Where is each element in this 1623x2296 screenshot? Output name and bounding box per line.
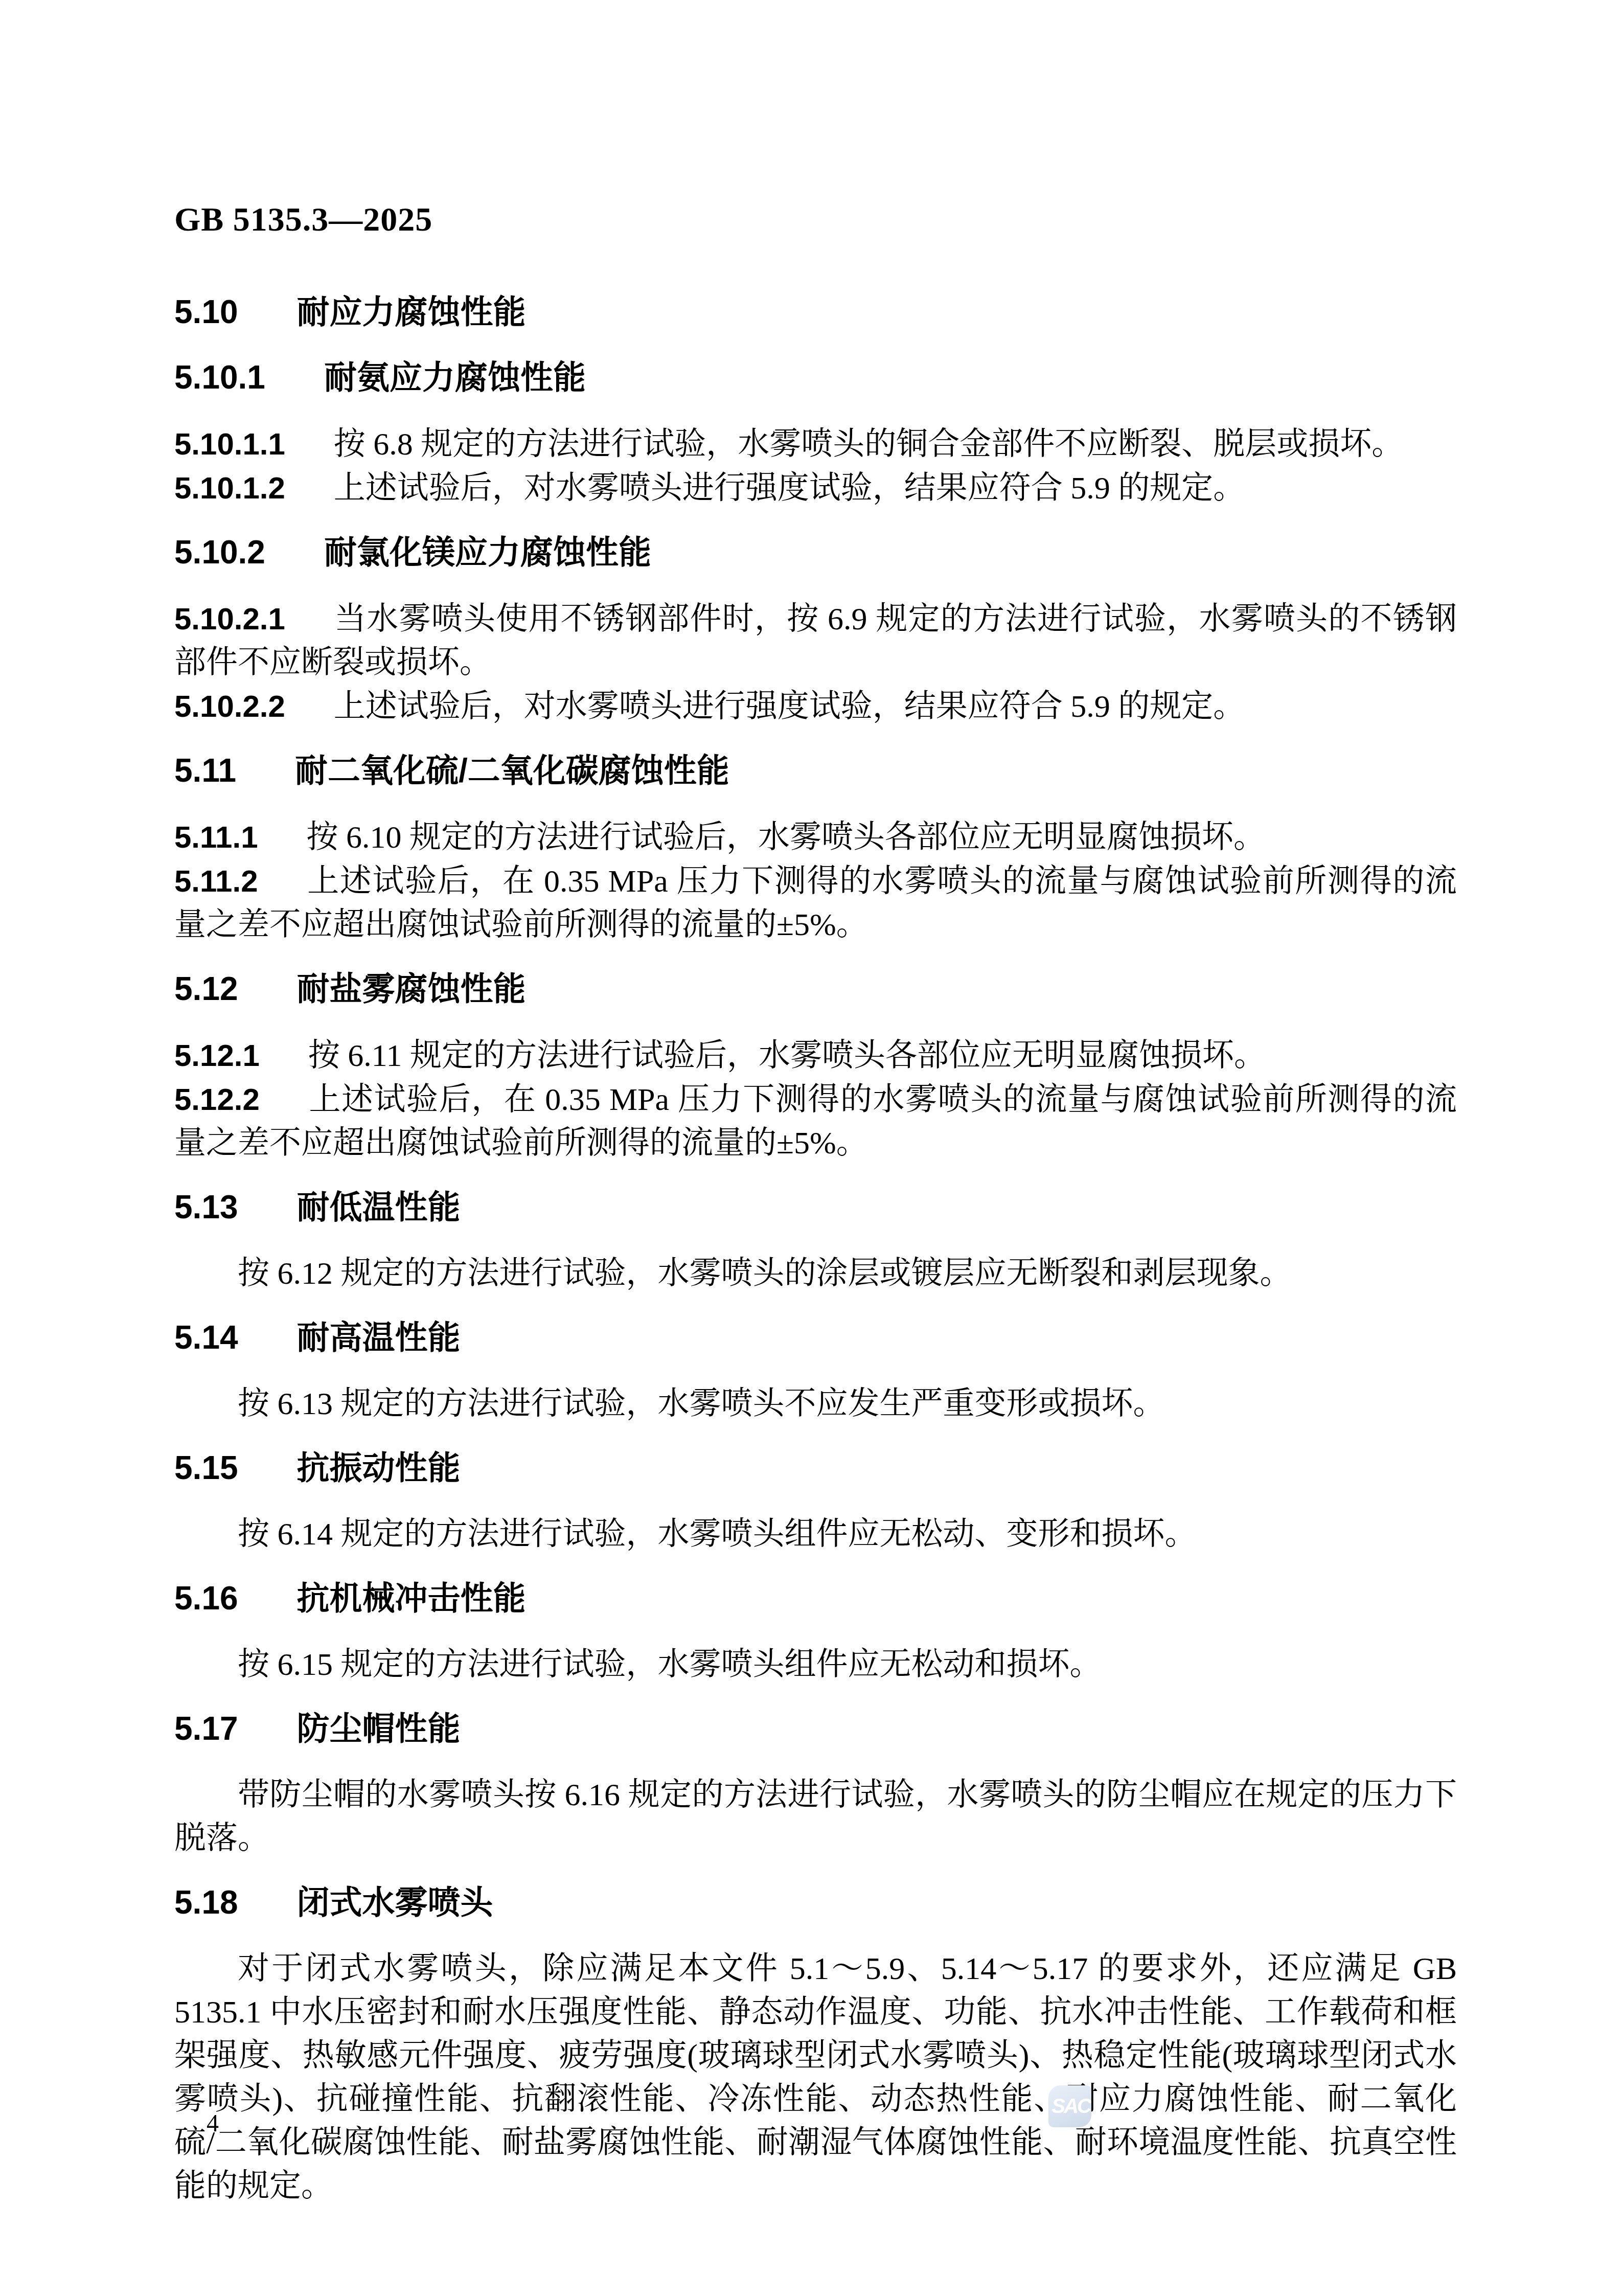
body-paragraph-5-17: 带防尘帽的水雾喷头按 6.16 规定的方法进行试验，水雾喷头的防尘帽应在规定的压… [174, 1774, 1457, 1860]
section-heading-5-16: 5.16抗机械冲击性能 [174, 1578, 1457, 1619]
clause-number: 5.10.1.1 [174, 427, 285, 461]
clause-text: 当水雾喷头使用不锈钢部件时，按 6.9 规定的方法进行试验，水雾喷头的不锈钢部件… [174, 602, 1457, 680]
page-content: GB 5135.3—2025 5.10耐应力腐蚀性能 5.10.1耐氨应力腐蚀性… [0, 0, 1623, 2208]
clause-number: 5.11.2 [174, 864, 258, 898]
section-number: 5.14 [174, 1319, 238, 1356]
clause-text: 按 6.11 规定的方法进行试验后，水雾喷头各部位应无明显腐蚀损坏。 [308, 1038, 1266, 1073]
clause-5-10-2-1: 5.10.2.1当水雾喷头使用不锈钢部件时，按 6.9 规定的方法进行试验，水雾… [174, 597, 1457, 685]
page-number: 4 [207, 2110, 219, 2137]
clause-5-12-2: 5.12.2上述试验后，在 0.35 MPa 压力下测得的水雾喷头的流量与腐蚀试… [174, 1078, 1457, 1165]
body-paragraph-5-18: 对于闭式水雾喷头，除应满足本文件 5.1～5.9、5.14～5.17 的要求外，… [174, 1947, 1457, 2208]
section-title: 抗机械冲击性能 [297, 1580, 526, 1617]
section-title: 耐低温性能 [297, 1189, 461, 1225]
standard-code-header: GB 5135.3—2025 [174, 199, 1457, 240]
clause-5-11-2: 5.11.2上述试验后，在 0.35 MPa 压力下测得的水雾喷头的流量与腐蚀试… [174, 859, 1457, 947]
clause-5-10-1-1: 5.10.1.1按 6.8 规定的方法进行试验，水雾喷头的铜合金部件不应断裂、脱… [174, 422, 1457, 466]
section-number: 5.10.2 [174, 534, 265, 571]
clause-text: 按 6.8 规定的方法进行试验，水雾喷头的铜合金部件不应断裂、脱层或损坏。 [334, 427, 1404, 462]
section-title: 耐二氧化硫/二氧化碳腐蚀性能 [295, 752, 729, 789]
section-number: 5.13 [174, 1189, 238, 1225]
section-number: 5.18 [174, 1884, 238, 1921]
clause-text: 上述试验后，在 0.35 MPa 压力下测得的水雾喷头的流量与腐蚀试验前所测得的… [174, 864, 1457, 942]
clause-5-10-2-2: 5.10.2.2上述试验后，对水雾喷头进行强度试验，结果应符合 5.9 的规定。 [174, 685, 1457, 729]
clause-text: 上述试验后，在 0.35 MPa 压力下测得的水雾喷头的流量与腐蚀试验前所测得的… [174, 1082, 1457, 1161]
section-heading-5-17: 5.17防尘帽性能 [174, 1708, 1457, 1749]
section-number: 5.17 [174, 1710, 238, 1747]
clause-5-11-1: 5.11.1按 6.10 规定的方法进行试验后，水雾喷头各部位应无明显腐蚀损坏。 [174, 815, 1457, 859]
section-title: 防尘帽性能 [297, 1710, 461, 1747]
document-page: GB 5135.3—2025 5.10耐应力腐蚀性能 5.10.1耐氨应力腐蚀性… [0, 0, 1623, 2296]
clause-number: 5.10.1.2 [174, 471, 285, 505]
clause-number: 5.10.2.2 [174, 689, 285, 723]
clause-number: 5.11.1 [174, 820, 258, 854]
section-heading-5-10-1: 5.10.1耐氨应力腐蚀性能 [174, 357, 1457, 398]
clause-number: 5.12.1 [174, 1038, 260, 1073]
body-paragraph-5-13: 按 6.12 规定的方法进行试验，水雾喷头的涂层或镀层应无断裂和剥层现象。 [174, 1252, 1457, 1295]
body-paragraph-5-15: 按 6.14 规定的方法进行试验，水雾喷头组件应无松动、变形和损坏。 [174, 1513, 1457, 1556]
sac-logo-text: SAC [1051, 2095, 1090, 2118]
section-title: 耐盐雾腐蚀性能 [297, 970, 526, 1007]
section-number: 5.15 [174, 1449, 238, 1486]
body-paragraph-5-16: 按 6.15 规定的方法进行试验，水雾喷头组件应无松动和损坏。 [174, 1643, 1457, 1687]
section-title: 耐氨应力腐蚀性能 [324, 359, 586, 396]
section-heading-5-11: 5.11耐二氧化硫/二氧化碳腐蚀性能 [174, 750, 1457, 791]
section-title: 抗振动性能 [297, 1449, 461, 1486]
clause-text: 上述试验后，对水雾喷头进行强度试验，结果应符合 5.9 的规定。 [334, 689, 1245, 724]
section-title: 耐氯化镁应力腐蚀性能 [324, 534, 651, 571]
section-number: 5.10 [174, 293, 238, 330]
section-heading-5-13: 5.13耐低温性能 [174, 1187, 1457, 1227]
clause-text: 上述试验后，对水雾喷头进行强度试验，结果应符合 5.9 的规定。 [334, 471, 1245, 506]
section-heading-5-10: 5.10耐应力腐蚀性能 [174, 291, 1457, 332]
clause-number: 5.10.2.1 [174, 602, 285, 636]
section-heading-5-10-2: 5.10.2耐氯化镁应力腐蚀性能 [174, 532, 1457, 573]
section-heading-5-15: 5.15抗振动性能 [174, 1447, 1457, 1488]
section-title: 闭式水雾喷头 [297, 1884, 493, 1921]
clause-number: 5.12.2 [174, 1082, 260, 1117]
section-number: 5.12 [174, 970, 238, 1007]
sac-watermark-logo: SAC [1048, 2085, 1091, 2127]
section-heading-5-18: 5.18闭式水雾喷头 [174, 1882, 1457, 1923]
body-paragraph-5-14: 按 6.13 规定的方法进行试验，水雾喷头不应发生严重变形或损坏。 [174, 1382, 1457, 1426]
section-number: 5.10.1 [174, 359, 265, 396]
section-number: 5.11 [174, 752, 236, 789]
clause-5-12-1: 5.12.1按 6.11 规定的方法进行试验后，水雾喷头各部位应无明显腐蚀损坏。 [174, 1034, 1457, 1078]
section-heading-5-14: 5.14耐高温性能 [174, 1317, 1457, 1358]
clause-text: 按 6.10 规定的方法进行试验后，水雾喷头各部位应无明显腐蚀损坏。 [307, 820, 1266, 855]
section-number: 5.16 [174, 1580, 238, 1617]
section-heading-5-12: 5.12耐盐雾腐蚀性能 [174, 968, 1457, 1009]
clause-5-10-1-2: 5.10.1.2上述试验后，对水雾喷头进行强度试验，结果应符合 5.9 的规定。 [174, 466, 1457, 510]
section-title: 耐高温性能 [297, 1319, 461, 1356]
section-title: 耐应力腐蚀性能 [297, 293, 526, 330]
